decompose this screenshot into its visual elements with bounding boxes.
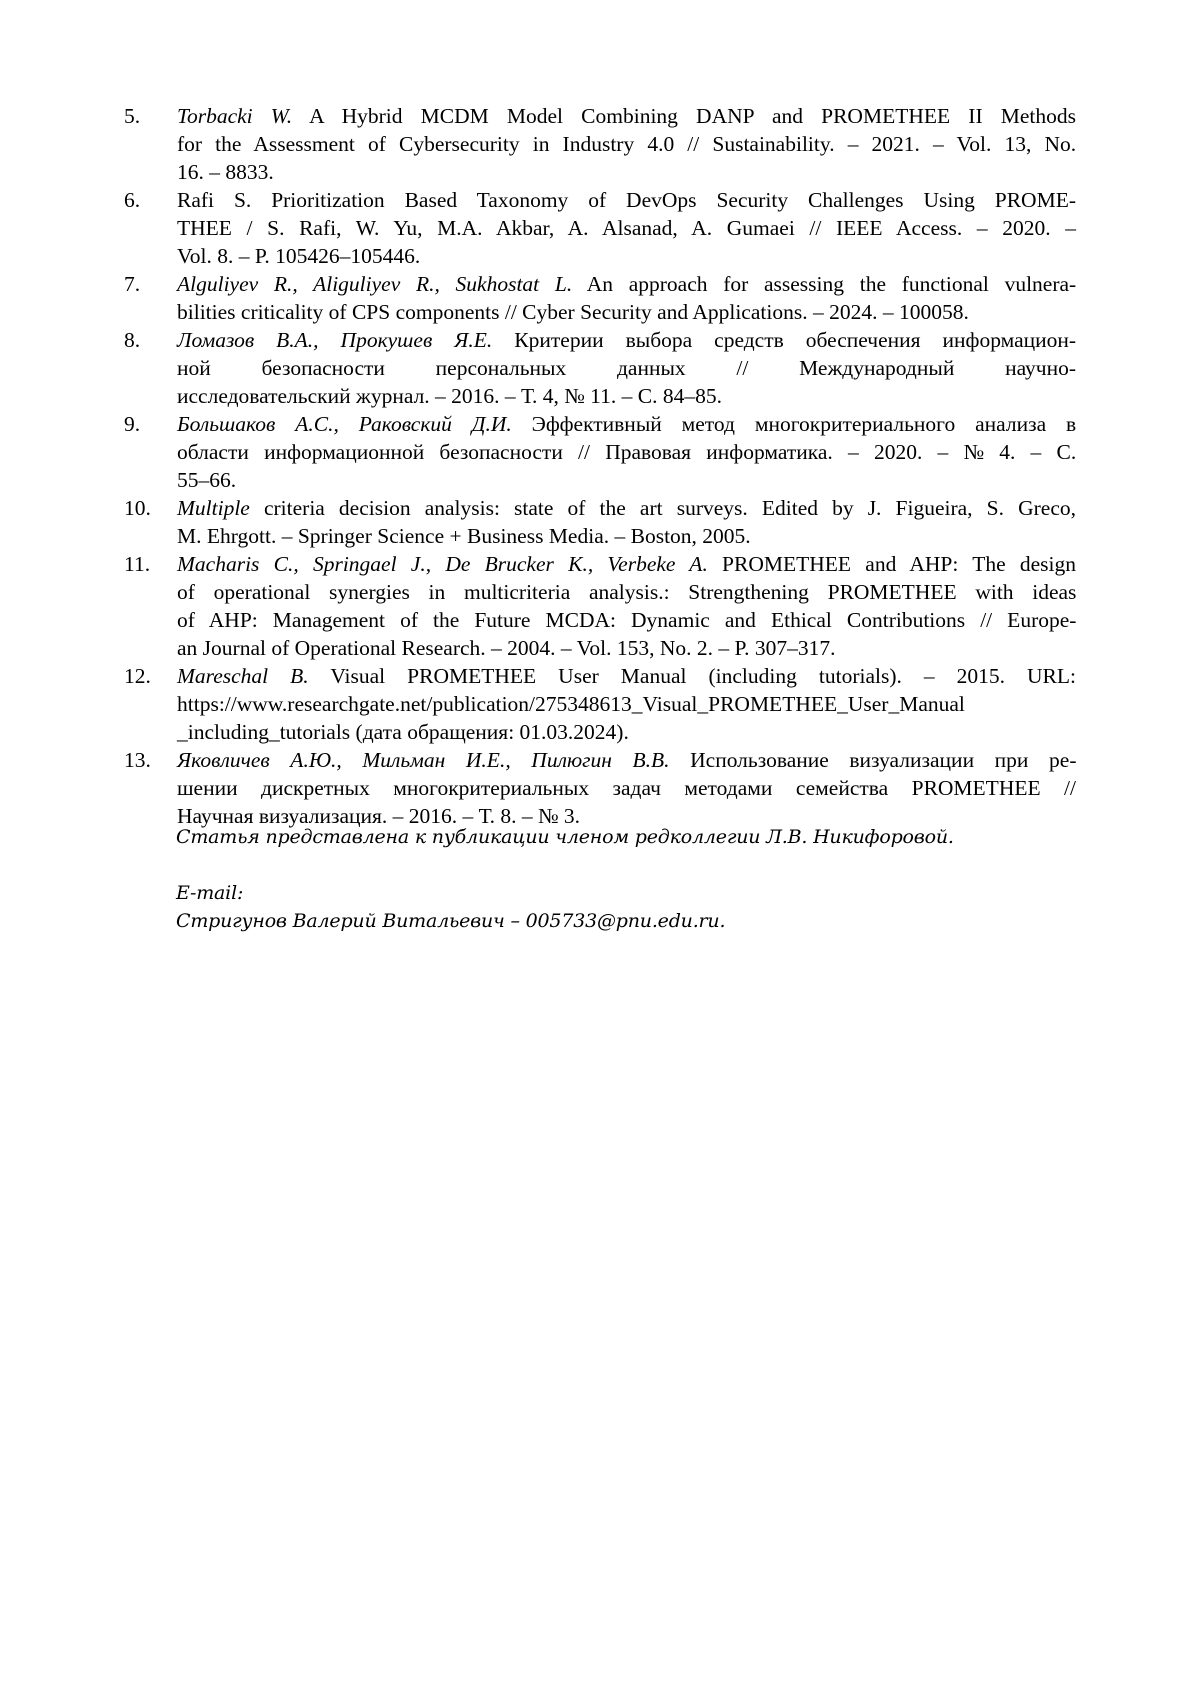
reference-body: PROMETHEE and AHP: The design: [708, 552, 1076, 576]
reference-line: 55–66.: [177, 466, 1076, 494]
reference-body: of AHP: Management of the Future MCDA: D…: [177, 608, 1076, 632]
reference-number: 7.: [124, 270, 164, 298]
reference-line: _including_tutorials (дата обращения: 01…: [177, 718, 1076, 746]
reference-body: An approach for assessing the functional…: [572, 272, 1076, 296]
reference-item: 12.Mareschal B. Visual PROMETHEE User Ma…: [124, 662, 1076, 746]
reference-item: 9.Большаков А.С., Раковский Д.И. Эффекти…: [124, 410, 1076, 494]
reference-text: Rafi S. Prioritization Based Taxonomy of…: [177, 186, 1076, 270]
reference-number: 13.: [124, 746, 164, 774]
document-page: 5.Torbacki W. A Hybrid MCDM Model Combin…: [0, 0, 1200, 1697]
reference-item: 6.Rafi S. Prioritization Based Taxonomy …: [124, 186, 1076, 270]
reference-authors: Multiple: [177, 496, 250, 520]
email-label: E-mail:: [176, 879, 1076, 907]
reference-body: https://www.researchgate.net/publication…: [177, 692, 965, 716]
reference-line: THEE / S. Rafi, W. Yu, M.A. Akbar, A. Al…: [177, 214, 1076, 242]
reference-line: for the Assessment of Cybersecurity in I…: [177, 130, 1076, 158]
submission-note: Статья представлена к публикации членом …: [176, 823, 1076, 851]
reference-line: Multiple criteria decision analysis: sta…: [177, 494, 1076, 522]
reference-line: области информационной безопасности // П…: [177, 438, 1076, 466]
reference-line: Яковличев А.Ю., Мильман И.Е., Пилюгин В.…: [177, 746, 1076, 774]
reference-body: ной безопасности персональных данных // …: [177, 356, 1076, 380]
reference-line: Alguliyev R., Aliguliyev R., Sukhostat L…: [177, 270, 1076, 298]
reference-line: bilities criticality of CPS components /…: [177, 298, 1076, 326]
reference-body: M. Ehrgott. – Springer Science + Busines…: [177, 524, 751, 548]
reference-line: Большаков А.С., Раковский Д.И. Эффективн…: [177, 410, 1076, 438]
reference-item: 11.Macharis C., Springael J., De Brucker…: [124, 550, 1076, 662]
reference-text: Alguliyev R., Aliguliyev R., Sukhostat L…: [177, 270, 1076, 326]
reference-line: M. Ehrgott. – Springer Science + Busines…: [177, 522, 1076, 550]
reference-authors: Torbacki W.: [177, 104, 292, 128]
reference-text: Torbacki W. A Hybrid MCDM Model Combinin…: [177, 102, 1076, 186]
reference-body: an Journal of Operational Research. – 20…: [177, 636, 835, 660]
reference-body: 16. – 8833.: [177, 160, 274, 184]
reference-text: Macharis C., Springael J., De Brucker K.…: [177, 550, 1076, 662]
reference-authors: Большаков А.С., Раковский Д.И.: [177, 412, 512, 436]
reference-line: ной безопасности персональных данных // …: [177, 354, 1076, 382]
reference-number: 11.: [124, 550, 164, 578]
reference-item: 7.Alguliyev R., Aliguliyev R., Sukhostat…: [124, 270, 1076, 326]
author-contact: Стригунов Валерий Витальевич – 005733@pn…: [176, 907, 1076, 935]
reference-body: Эффективный метод многокритериального ан…: [512, 412, 1076, 436]
reference-authors: Ломазов В.А., Прокушев Я.Е.: [177, 328, 492, 352]
reference-number: 10.: [124, 494, 164, 522]
reference-authors: Alguliyev R., Aliguliyev R., Sukhostat L…: [177, 272, 572, 296]
reference-body: исследовательский журнал. – 2016. – Т. 4…: [177, 384, 722, 408]
reference-item: 13.Яковличев А.Ю., Мильман И.Е., Пилюгин…: [124, 746, 1076, 830]
reference-list: 5.Torbacki W. A Hybrid MCDM Model Combin…: [124, 102, 1076, 830]
reference-number: 12.: [124, 662, 164, 690]
reference-item: 8.Ломазов В.А., Прокушев Я.Е. Критерии в…: [124, 326, 1076, 410]
reference-body: 55–66.: [177, 468, 236, 492]
reference-line: Ломазов В.А., Прокушев Я.Е. Критерии выб…: [177, 326, 1076, 354]
reference-line: Rafi S. Prioritization Based Taxonomy of…: [177, 186, 1076, 214]
reference-line: of operational synergies in multicriteri…: [177, 578, 1076, 606]
reference-line: of AHP: Management of the Future MCDA: D…: [177, 606, 1076, 634]
reference-line: 16. – 8833.: [177, 158, 1076, 186]
reference-body: bilities criticality of CPS components /…: [177, 300, 969, 324]
reference-authors: Яковличев А.Ю., Мильман И.Е., Пилюгин В.…: [177, 748, 670, 772]
reference-number: 8.: [124, 326, 164, 354]
reference-line: Macharis C., Springael J., De Brucker K.…: [177, 550, 1076, 578]
reference-text: Ломазов В.А., Прокушев Я.Е. Критерии выб…: [177, 326, 1076, 410]
reference-text: Multiple criteria decision analysis: sta…: [177, 494, 1076, 550]
reference-body: области информационной безопасности // П…: [177, 440, 1076, 464]
reference-line: Torbacki W. A Hybrid MCDM Model Combinin…: [177, 102, 1076, 130]
reference-text: Яковличев А.Ю., Мильман И.Е., Пилюгин В.…: [177, 746, 1076, 830]
reference-line: Vol. 8. – P. 105426–105446.: [177, 242, 1076, 270]
reference-line: https://www.researchgate.net/publication…: [177, 690, 1076, 718]
reference-number: 6.: [124, 186, 164, 214]
reference-text: Mareschal B. Visual PROMETHEE User Manua…: [177, 662, 1076, 746]
reference-body: Критерии выбора средств обеспечения инфо…: [492, 328, 1076, 352]
reference-body: _including_tutorials (дата обращения: 01…: [177, 720, 629, 744]
reference-body: THEE / S. Rafi, W. Yu, M.A. Akbar, A. Al…: [177, 216, 1076, 240]
reference-item: 5.Torbacki W. A Hybrid MCDM Model Combin…: [124, 102, 1076, 186]
reference-line: an Journal of Operational Research. – 20…: [177, 634, 1076, 662]
reference-authors: Macharis C., Springael J., De Brucker K.…: [177, 552, 708, 576]
reference-line: шении дискретных многокритериальных зада…: [177, 774, 1076, 802]
reference-line: Mareschal B. Visual PROMETHEE User Manua…: [177, 662, 1076, 690]
reference-line: исследовательский журнал. – 2016. – Т. 4…: [177, 382, 1076, 410]
reference-body: Vol. 8. – P. 105426–105446.: [177, 244, 420, 268]
reference-item: 10.Multiple criteria decision analysis: …: [124, 494, 1076, 550]
reference-authors: Mareschal B.: [177, 664, 309, 688]
reference-number: 5.: [124, 102, 164, 130]
reference-body: A Hybrid MCDM Model Combining DANP and P…: [292, 104, 1076, 128]
reference-body: Visual PROMETHEE User Manual (including …: [309, 664, 1076, 688]
reference-body: of operational synergies in multicriteri…: [177, 580, 1076, 604]
reference-text: Большаков А.С., Раковский Д.И. Эффективн…: [177, 410, 1076, 494]
reference-body: Rafi S. Prioritization Based Taxonomy of…: [177, 188, 1076, 212]
reference-number: 9.: [124, 410, 164, 438]
reference-body: for the Assessment of Cybersecurity in I…: [177, 132, 1076, 156]
reference-body: шении дискретных многокритериальных зада…: [177, 776, 1076, 800]
reference-body: Использование визуализации при ре-: [670, 748, 1077, 772]
reference-body: criteria decision analysis: state of the…: [250, 496, 1076, 520]
